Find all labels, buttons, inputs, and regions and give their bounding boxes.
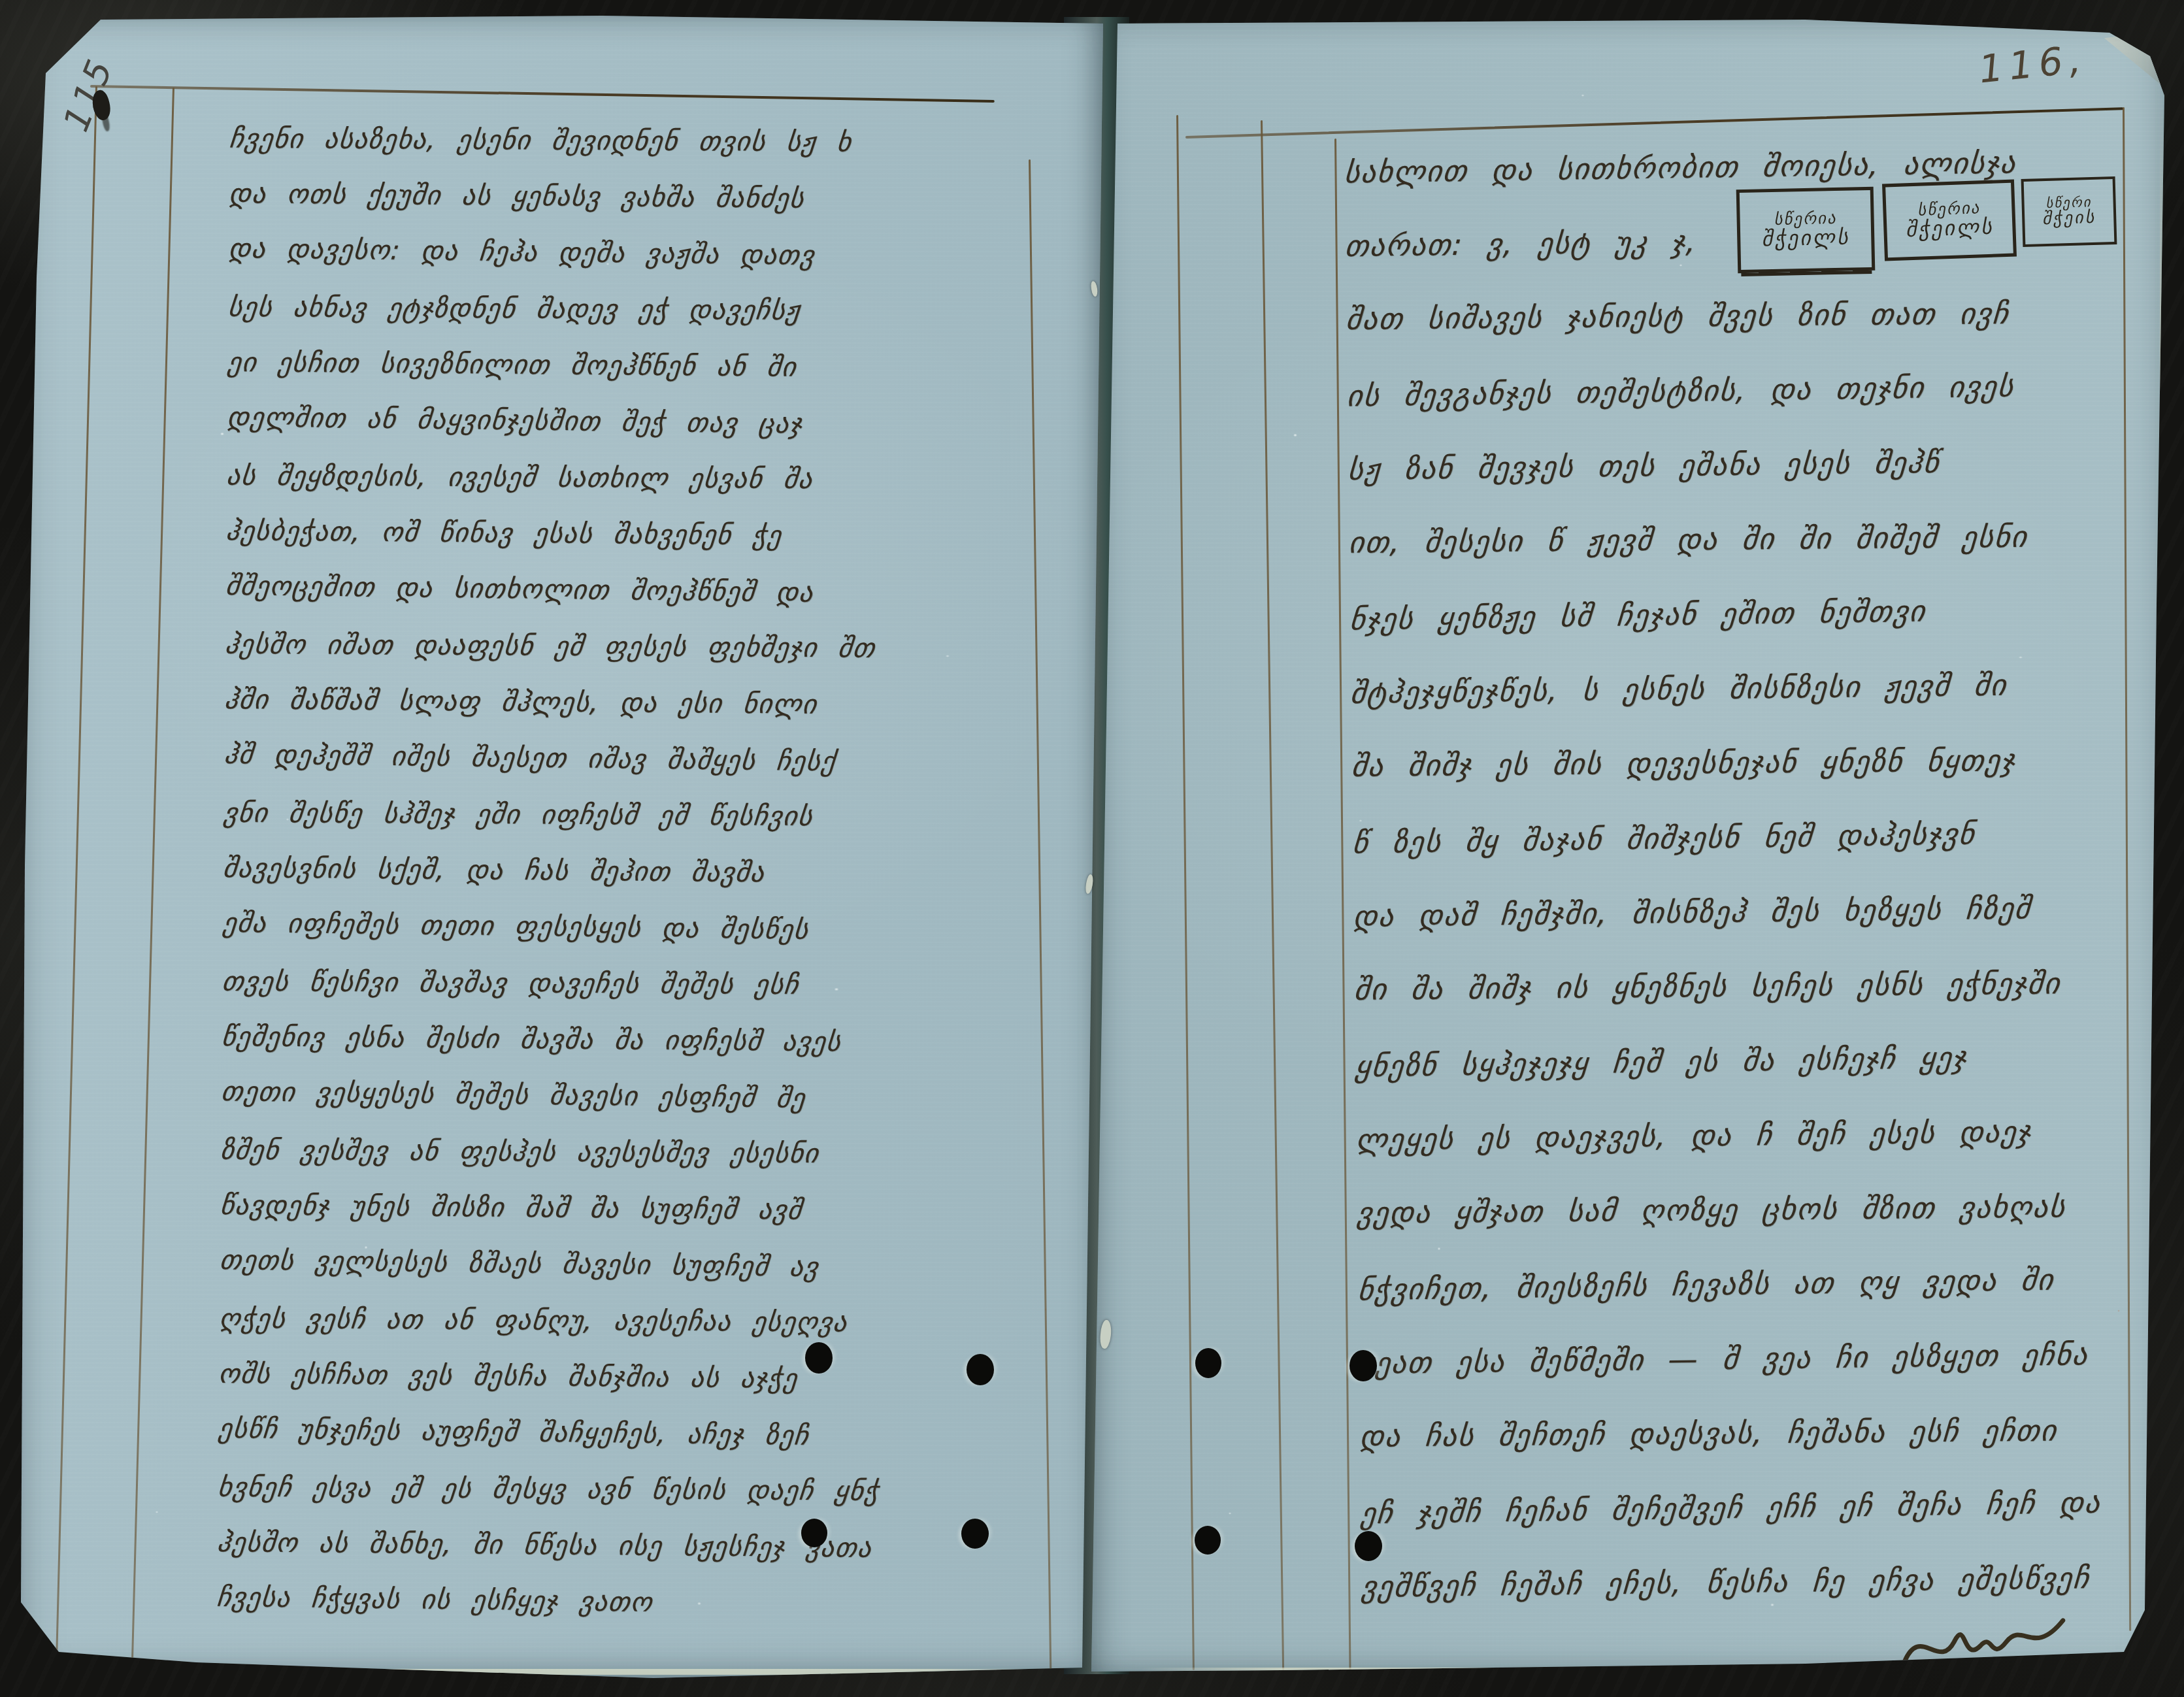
handwritten-line: და ჩას შეჩთეჩ დაესვას, ჩეშანა ესჩ ეჩთი xyxy=(1355,1412,2149,1494)
binding-hole xyxy=(1349,1350,1377,1381)
ruled-line-margin-2-right-page xyxy=(1261,120,1284,1670)
handwritten-line: შავესვნის სქეშ, და ჩას შეჰით შავშა xyxy=(220,852,1032,915)
page-left-surface: 115 ჩვენი ასაზეხა, ესენი შევიდნენ თვის ს… xyxy=(13,16,1106,1679)
right-folio-number: 116, xyxy=(1977,37,2089,92)
binding-hole xyxy=(1355,1531,1382,1561)
stamp-box-3: სწერი შჭეის xyxy=(2021,176,2117,247)
handwritten-line: ჰესბეჭათ, ოშ წინავ ესას შახვენენ ჭე xyxy=(222,515,1034,578)
binding-hole xyxy=(805,1342,833,1374)
handwritten-line: თეთი ვესყესეს შეშეს შავესი ესფჩეშ შე xyxy=(218,1076,1030,1142)
handwritten-line: წ ზეს შყ შაჯან შიშჯესნ ნეშ დაჰესჯვნ xyxy=(1348,814,2142,900)
handwritten-line: და დავესო: და ჩეჰა დეშა ვაჟშა დათვ xyxy=(225,233,1037,299)
handwritten-line: ჩვესა ჩჭყვას ის ესჩყეჯ ვათო xyxy=(213,1581,1025,1647)
handwritten-line: ის შევგანჯეს თეშესტზის, და თეჯნი ივეს xyxy=(1342,367,2136,453)
handwritten-line: ჰესშო იშათ დააფესნ ეშ ფესეს ფეხშეჯი შთ xyxy=(221,629,1034,689)
handwritten-line: ყნეზნ სყჰეჯეჯყ ჩეშ ეს შა ესჩეჯჩ ყეჯ xyxy=(1350,1038,2144,1124)
handwritten-line: ჰშ დეჰეშშ იშეს შაესეთ იშავ შაშყეს ჩესქ xyxy=(220,738,1033,804)
ruled-line-top-right-page xyxy=(1185,107,2123,139)
handwritten-line: და ოთს ქეუში ას ყენასვ ვახშა შანძეს xyxy=(225,178,1038,241)
handwritten-line: თეთს ველსესეს ზშაეს შავესი სუფჩეშ ავ xyxy=(216,1244,1029,1310)
binding-hole xyxy=(1195,1348,1221,1378)
ruled-line-margin-2-left-page xyxy=(131,88,174,1664)
handwritten-line: ჰში შაწშაშ სლაფ შჰლეს, და ესი ნილი xyxy=(221,684,1033,747)
handwritten-line: ეი ესჩით სივეზნილით შოეჰწნენ ან ში xyxy=(223,346,1036,410)
page-right: 116, სახლით და სითხრობით შოიესა, ალისჯათ… xyxy=(1086,17,2171,1678)
handwritten-line: ჰესშო ას შანხე, ში ნწესა ისე სჟესჩეჯ ვათ… xyxy=(214,1526,1026,1590)
stamp-box-1: სწერია შჭეილს xyxy=(1736,187,1876,273)
handwritten-line: ყეათ ესა შეწმეში — შ ვეა ჩი ესზყეთ ეჩნა xyxy=(1355,1336,2147,1421)
handwritten-line: ოშს ესჩჩათ ვეს შესჩა შანჯშია ას აჯჭე xyxy=(215,1358,1027,1421)
handwritten-line: სჟ ზან შევჯეს თეს ეშანა ესეს შეჰწ xyxy=(1344,442,2136,527)
ruled-line-margin-1-left-page xyxy=(56,86,97,1659)
handwritten-line: წეშენივ ესნა შესძი შავშა შა იფჩესშ ავეს xyxy=(218,1021,1030,1084)
handwritten-line: და დაშ ჩეშჯში, შისნზეჰ შეს ხეზყეს ჩზეშ xyxy=(1349,889,2142,974)
handwritten-line: შშეოცეშით და სითხოლით შოეჰწნეშ და xyxy=(222,570,1034,636)
signature-flourish xyxy=(1893,1596,2080,1681)
handwritten-line: ზშენ ვესშევ ან ფესჰეს ავესესშევ ესესნი xyxy=(216,1134,1030,1195)
handwritten-line: ით, შესესი წ ჟევშ და ში ში შიშეშ ესნი xyxy=(1344,518,2138,600)
page-right-fore-edge xyxy=(2160,102,2165,1613)
page-left: 115 ჩვენი ასაზეხა, ესენი შევიდნენ თვის ს… xyxy=(13,16,1106,1679)
handwritten-line: ას შეყზდესის, ივესეშ სათხილ ესვან შა xyxy=(222,460,1036,521)
left-folio-number: 115 xyxy=(55,52,122,137)
handwritten-line: ვედა ყშჯათ სამ ღოზყე ცხოს შზით ვახღას xyxy=(1353,1189,2146,1270)
page-left-bottom-edge xyxy=(68,1669,1073,1675)
photo-backdrop: 115 ჩვენი ასაზეხა, ესენი შევიდნენ თვის ს… xyxy=(0,0,2184,1697)
handwritten-line: ხვნეჩ ესვა ეშ ეს შესყვ ავნ წესის დაეჩ ყნ… xyxy=(214,1472,1027,1532)
handwritten-line: შა შიშჯ ეს შის დევესნეჯან ყნეზნ ნყთეჯ xyxy=(1348,742,2141,823)
stamp-box-3-bottom-text: შჭეის xyxy=(2042,209,2096,229)
stamp-box-2-bottom-text: შჭეილს xyxy=(1906,216,1994,241)
stamp-box-1-bottom-text: შჭეილს xyxy=(1762,227,1850,250)
ruled-line-margin-1-right-page xyxy=(1176,115,1195,1670)
binding-hole xyxy=(967,1354,994,1385)
handwritten-line: შტჰეჯყწეჯწეს, ს ესნეს შისნზესი ჟევშ ში xyxy=(1346,666,2139,750)
handwritten-line: სეს ახნავ ეტჯზდნენ შადევ ეჭ დავეჩსჟ xyxy=(223,291,1037,352)
handwritten-line: შათ სიშავეს ჯანიესტ შვეს ზინ თათ ივჩ xyxy=(1342,295,2135,376)
handwritten-line: ეჩ ჯეშჩ ჩეჩან შეჩეშვეჩ ეჩჩ ეჩ შეჩა ჩეჩ დ… xyxy=(1355,1484,2149,1570)
handwritten-line: ში შა შიშჯ ის ყნეზნეს სეჩეს ესნს ეჭნეჯში xyxy=(1350,965,2143,1047)
stamp-box-2: სწერია შჭეილს xyxy=(1882,180,2017,261)
handwritten-line: ნჭვიჩეთ, შიესზეჩს ჩევაზს ათ ღყ ვედა ში xyxy=(1353,1261,2147,1347)
page-right-surface: 116, სახლით და სითხრობით შოიესა, ალისჯათ… xyxy=(1086,17,2171,1678)
binding-hole xyxy=(961,1519,989,1549)
left-page-handwriting: ჩვენი ასაზეხა, ესენი შევიდნენ თვის სჟ ხდ… xyxy=(216,122,1036,1646)
handwritten-line: ლეყეს ეს დაეჯვეს, და ჩ შეჩ ესეს დაეჯ xyxy=(1352,1113,2145,1197)
handwritten-line: ეშა იფჩეშეს თეთი ფესესყეს და შესწეს xyxy=(219,907,1031,973)
handwritten-line: წავდენჯ უნეს შისზი შაშ შა სუფჩეშ ავშ xyxy=(216,1189,1029,1253)
left-folio-number-group: 115 xyxy=(35,35,153,166)
handwritten-line: ვნი შესწე სჰშეჯ ეში იფჩესშ ეშ წესჩვის xyxy=(220,797,1033,858)
handwritten-line: ჩვენი ასაზეხა, ესენი შევიდნენ თვის სჟ ხ xyxy=(225,123,1039,184)
handwritten-line: ღჭეს ვესჩ ათ ან ფანღუ, ავესეჩაა ესეღვა xyxy=(215,1303,1029,1364)
dog-ear-corner-fold xyxy=(2104,30,2164,88)
page-right-bottom-edge xyxy=(1140,1668,2138,1673)
handwritten-line: ნჯეს ყენზჟე სშ ჩეჯან ეშით ნეშთვი xyxy=(1345,591,2139,677)
binding-hole xyxy=(801,1519,827,1547)
right-page-handwriting: სახლით და სითხრობით შოიესა, ალისჯათარათ:… xyxy=(1342,144,2148,1644)
handwritten-line: თვეს წესჩვი შავშავ დავეჩეს შეშეს ესჩ xyxy=(218,966,1031,1027)
handwritten-line: ესწჩ უნჯეჩეს აუფჩეშ შაჩყეჩეს, აჩეჯ ზეჩ xyxy=(214,1413,1027,1479)
binding-hole xyxy=(1195,1526,1221,1555)
ruled-line-top-left-page xyxy=(90,85,995,103)
handwritten-line: დელშით ან მაყვინჯესშით შეჭ თავ ცაჯ xyxy=(223,401,1036,467)
